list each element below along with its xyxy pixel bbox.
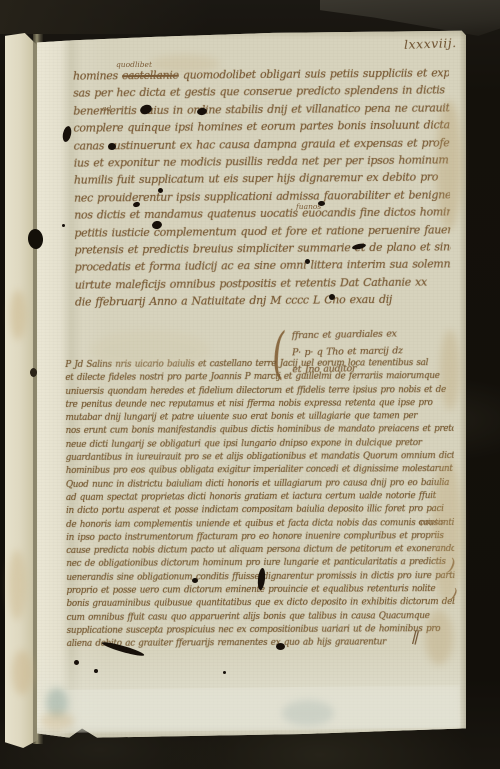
text-line: die ffebruarij Anno a Natiuitate dnj M c… bbox=[75, 291, 451, 312]
ink-blot bbox=[108, 143, 116, 150]
paper-stain bbox=[150, 55, 220, 73]
interlinear-note: quodlibet bbox=[116, 60, 152, 69]
paper-stain bbox=[8, 550, 26, 620]
ink-blot bbox=[30, 368, 37, 377]
text-line: in dicto portu asperat et posse indictam… bbox=[66, 503, 454, 518]
ink-blot bbox=[158, 188, 163, 193]
paper-stain bbox=[90, 330, 210, 370]
ink-blot bbox=[276, 643, 285, 650]
text-fragment: homines bbox=[73, 69, 122, 82]
text-line: supplicatione suscepta prospicuius nec e… bbox=[67, 623, 455, 638]
ink-blot bbox=[74, 660, 79, 665]
paper-stain bbox=[40, 712, 74, 730]
ink-blot bbox=[62, 224, 65, 227]
folio-number: lxxxviij. bbox=[404, 35, 457, 52]
ink-blot bbox=[61, 125, 72, 142]
manuscript-photo: lxxxviij. homines castellanie quomodolib… bbox=[0, 0, 500, 769]
ink-blot bbox=[318, 201, 325, 206]
paper-stain bbox=[425, 610, 453, 665]
ink-blot bbox=[94, 669, 98, 673]
paper-stain bbox=[10, 290, 26, 340]
interlinear-note: ad bbox=[102, 104, 111, 113]
ink-blot bbox=[329, 294, 335, 300]
text-line: uirtute maleficijs omnibus postpositis e… bbox=[75, 273, 451, 294]
text-block-upper: homines castellanie quomodolibet obligar… bbox=[73, 64, 451, 311]
paper-stain bbox=[436, 100, 462, 230]
text-fragment: quomodolibet obligari suis petiis suppli… bbox=[179, 66, 451, 81]
ink-blot bbox=[223, 671, 226, 674]
paper-stain bbox=[432, 455, 462, 605]
ink-blot bbox=[27, 228, 44, 249]
page-content-overlay: lxxxviij. homines castellanie quomodolib… bbox=[0, 0, 500, 769]
text-block-lower: P Jd Salins nris uicario baiulis et cast… bbox=[65, 357, 455, 652]
paper-stain bbox=[282, 700, 334, 726]
ink-blot bbox=[305, 259, 310, 264]
paper-stain bbox=[12, 650, 32, 695]
paper-stain bbox=[440, 330, 460, 410]
ink-blot bbox=[192, 578, 198, 583]
page-bottom-highlight bbox=[60, 685, 460, 733]
